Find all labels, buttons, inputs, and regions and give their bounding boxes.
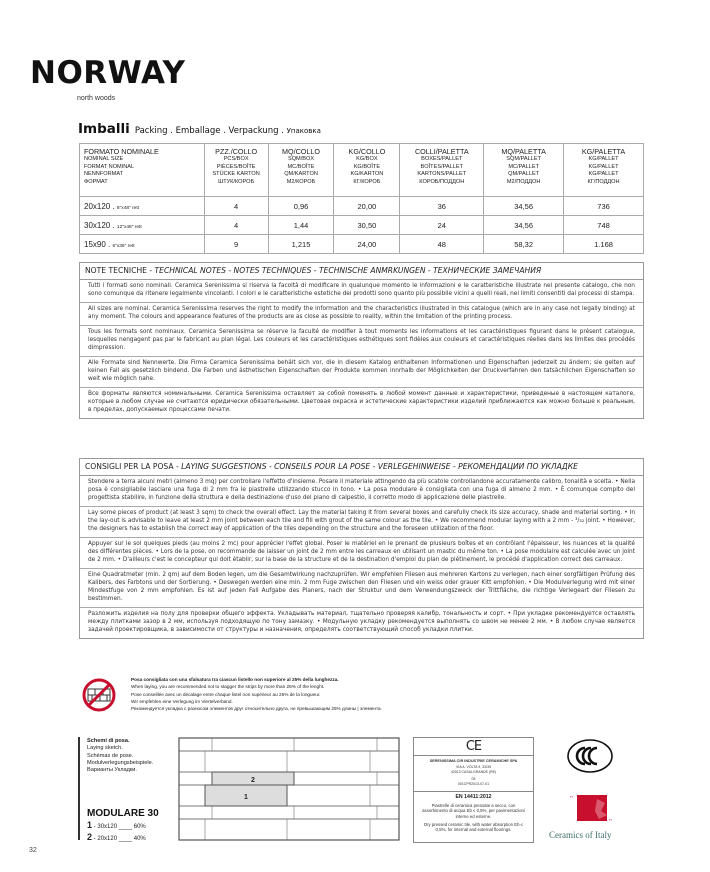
ceramics-of-italy-text: Ceramics of Italy bbox=[549, 830, 611, 840]
sketch-divider bbox=[78, 737, 80, 840]
note-paragraph: Разложить изделия на полу для проверки о… bbox=[80, 608, 643, 638]
pattern-name: MODULARE 30 bbox=[87, 808, 159, 819]
note-paragraph: Eine Quadratmeter (min. 2 qm) auf dem Bo… bbox=[80, 569, 643, 608]
module-1: 1 - 30x120 ____ 60% bbox=[87, 820, 146, 830]
table-row: 20x120 . 8"x48" rett40,9620,003634,56736 bbox=[80, 197, 644, 216]
column-header: MQ/COLLOSQM/BOXMC/BOÎTEQM/KARTONM2/КОРОБ bbox=[268, 144, 334, 197]
no-stagger-icon bbox=[82, 678, 116, 712]
collection-title: NORWAY bbox=[30, 58, 185, 89]
ce-description-it: Piastrelle di ceramica pressate a secco,… bbox=[414, 800, 533, 819]
page-number: 32 bbox=[29, 847, 37, 854]
ce-mark-icon: CE bbox=[414, 738, 533, 756]
column-header: KG/COLLOKG/BOXKG/BOÎTEKG/KARTONКГ/КОРОБ bbox=[334, 144, 400, 197]
column-header: FORMATO NOMINALENOMINAL SIZEFORMAT NOMIN… bbox=[80, 144, 205, 197]
laying-suggestions-heading: CONSIGLI PER LA POSA - LAYING SUGGESTION… bbox=[80, 459, 643, 476]
ce-standard: EN 14411:2012 bbox=[414, 792, 533, 800]
note-paragraph: Все форматы являются номинальными. Ceram… bbox=[80, 388, 643, 418]
note-paragraph: Tutti i formati sono nominali. Ceramica … bbox=[80, 280, 643, 303]
ce-certification-label: CE SERENISSIMA CIR INDUSTRIE CERAMICHE S… bbox=[413, 737, 534, 843]
note-paragraph: Lay some pieces of product (at least 3 s… bbox=[80, 507, 643, 538]
ccc-certification-icon bbox=[566, 738, 614, 774]
packing-heading-russian: Упаковка bbox=[287, 127, 321, 135]
svg-text:": " bbox=[609, 818, 612, 825]
table-row: 30x120 . 12"x48" rett41,4430,502434,5674… bbox=[80, 216, 644, 235]
packing-heading-main: Imballi bbox=[78, 121, 130, 137]
laying-suggestions-box: CONSIGLI PER LA POSA - LAYING SUGGESTION… bbox=[79, 458, 644, 639]
packing-table-header: FORMATO NOMINALENOMINAL SIZEFORMAT NOMIN… bbox=[80, 144, 644, 197]
stagger-warning-text: Posa consigliata con una sfalsatura tra … bbox=[131, 676, 382, 712]
note-paragraph: Alle Formate sind Nennwerte. Die Firma C… bbox=[80, 357, 643, 388]
svg-text:2: 2 bbox=[251, 777, 255, 784]
note-paragraph: All sizes are nominal. Ceramica Sereniss… bbox=[80, 303, 643, 326]
table-row: 15x90 . 6"x36" rett91,21524,004858,321.1… bbox=[80, 235, 644, 254]
laying-pattern-diagram: 2 1 bbox=[178, 737, 400, 841]
note-paragraph: Stendere a terra alcuni metri (almeno 3 … bbox=[80, 476, 643, 507]
column-header: COLLI/PALETTABOXES/PALLETBOÎTES/PALLETKA… bbox=[400, 144, 484, 197]
note-paragraph: Tous les formats sont nominaux. Ceramica… bbox=[80, 326, 643, 357]
module-2: 2 - 20x120 ____ 40% bbox=[87, 832, 146, 842]
packing-table: FORMATO NOMINALENOMINAL SIZEFORMAT NOMIN… bbox=[79, 143, 644, 254]
ce-manufacturer-info: SERENISSIMA CIR INDUSTRIE CERAMICHE SPA … bbox=[414, 756, 533, 792]
laying-sketch-legend: Schemi di posa. Laying sketch.Schémas de… bbox=[87, 738, 153, 774]
svg-text:1: 1 bbox=[244, 794, 248, 801]
technical-notes-heading: NOTE TECNICHE - TECHNICAL NOTES - NOTES … bbox=[80, 263, 643, 280]
packing-heading-translations: Packing . Emballage . Verpackung . bbox=[135, 126, 287, 136]
technical-notes-box: NOTE TECNICHE - TECHNICAL NOTES - NOTES … bbox=[79, 262, 644, 419]
ceramics-of-italy-logo: " " bbox=[567, 793, 617, 825]
column-header: PZZ./COLLOPCS/BOXPIÈCES/BOÎTESTÜCKE KART… bbox=[204, 144, 268, 197]
note-paragraph: Appuyer sur le sol quelques pieds (au mo… bbox=[80, 538, 643, 569]
collection-subtitle: north woods bbox=[77, 95, 115, 102]
column-header: MQ/PALETTASQM/PALLETMC/PALLETQM/PALLETM2… bbox=[484, 144, 564, 197]
column-header: KG/PALETTAKG/PALLETKG/PALLETKG/PALLETКГ/… bbox=[564, 144, 644, 197]
svg-text:": " bbox=[570, 795, 573, 803]
ce-description-en: Dry pressed ceramic tile, with water abs… bbox=[414, 819, 533, 833]
packing-heading: Imballi Packing . Emballage . Verpackung… bbox=[78, 118, 321, 137]
